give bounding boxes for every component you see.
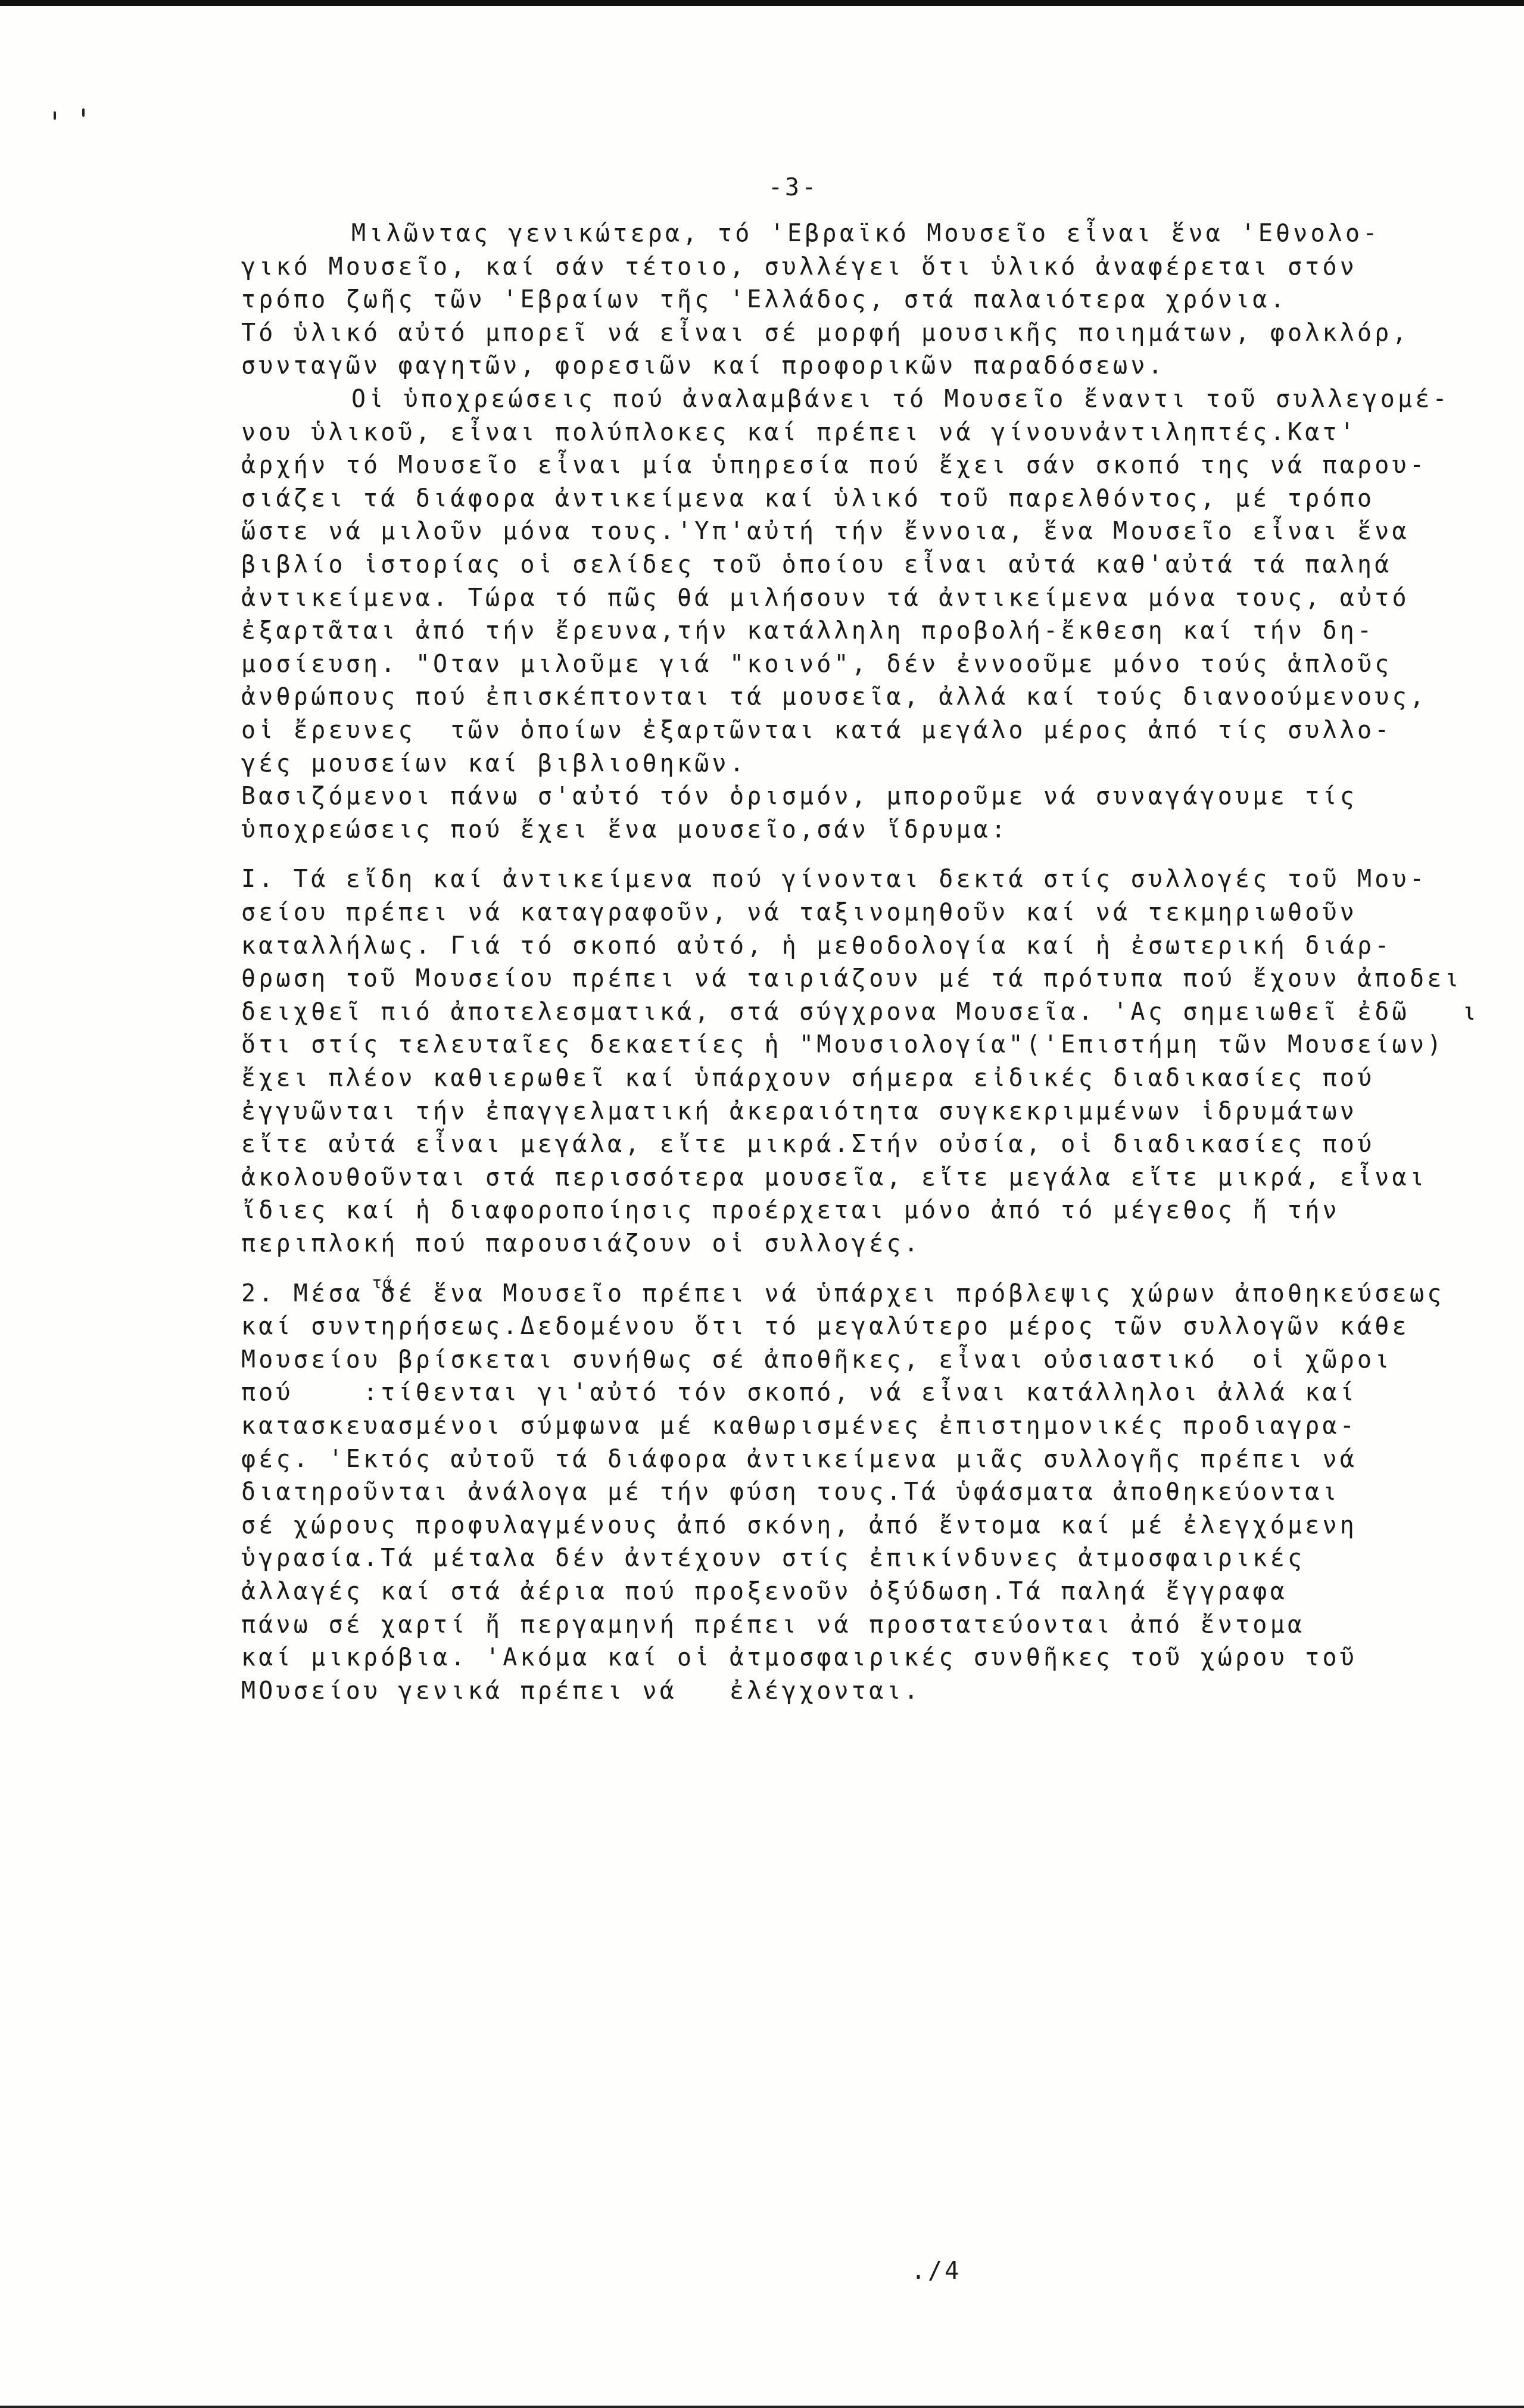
text-line: συνταγῶν φαγητῶν, φορεσιῶν καί προφορικῶ… [241, 351, 1165, 380]
text-line: πού :τίθενται γι'αὐτό τόν σκοπό, νά εἶνα… [241, 1378, 1357, 1407]
text-line: περιπλοκή πού παρουσιάζουν οἱ συλλογές. [241, 1229, 921, 1258]
interlinear-insert: τά [372, 1275, 393, 1292]
text-line: σιάζει τά διάφορα ἀντικείμενα καί ὑλικό … [241, 484, 1375, 513]
text-line: γικό Μουσεῖο, καί σάν τέτοιο, συλλέγει ὅ… [241, 253, 1357, 281]
text-line: ὑγρασία.Τά μέταλα δέν ἀντέχουν στίς ἐπικ… [241, 1544, 1305, 1572]
text-line: Μουσείου βρίσκεται συνήθως σέ ἀποθῆκες, … [241, 1345, 1392, 1374]
scan-edge-bottom [0, 2406, 1524, 2408]
text-line: πάνω σέ χαρτί ἤ περγαμηνή πρέπει νά προσ… [241, 1610, 1305, 1639]
text-line: μοσίευση. "Οταν μιλοῦμε γιά "κοινό", δέν… [241, 650, 1392, 678]
text-line: γές μουσείων καί βιβλιοθηκῶν. [241, 749, 747, 778]
text-line: σέ χώρους προφυλαγμένους ἀπό σκόνη, ἀπό … [241, 1511, 1357, 1540]
text-line: οἱ ἔρευνες τῶν ὁποίων ἐξαρτῶνται κατά με… [241, 716, 1392, 744]
typewritten-page: -3- Μιλῶντας γενικώτερα, τό 'Εβραϊκό Μου… [0, 0, 1524, 2408]
text-line: Μιλῶντας γενικώτερα, τό 'Εβραϊκό Μουσεῖο… [351, 219, 1380, 248]
text-line: ἴδιες καί ἡ διαφοροποίησις προέρχεται μό… [241, 1196, 1340, 1225]
text-line: ἐξαρτᾶται ἀπό τήν ἔρευνα,τήν κατάλληλη π… [241, 616, 1375, 645]
margin-mark [82, 108, 85, 117]
text-line: διατηροῦνται ἀνάλογα μέ τήν φύση τους.Τά… [241, 1478, 1340, 1506]
text-line: I. Τά εἴδη καί ἀντικείμενα πού γίνονται … [241, 865, 1427, 893]
text-line: κατασκευασμένοι σύμφωνα μέ καθωρισμένες … [241, 1412, 1357, 1440]
text-line: 2. Μέσα σέ ἕνα Μουσεῖο πρέπει νά ὑπάρχει… [241, 1279, 1444, 1308]
text-line: ἀλλαγές καί στά ἀέρια πού προξενοῦν ὀξύδ… [241, 1577, 1288, 1606]
text-line: φές. 'Εκτός αὐτοῦ τά διάφορα ἀντικείμενα… [241, 1445, 1357, 1474]
text-line: ΜΟυσείου γενικά πρέπει νά ἐλέγχονται. [241, 1677, 921, 1705]
text-line: ὅτι στίς τελευταῖες δεκαετίες ἡ "Μουσιολ… [241, 1030, 1444, 1059]
margin-mark [54, 111, 56, 120]
text-line: Οἱ ὑποχρεώσεις πού ἀναλαμβάνει τό Μουσεῖ… [351, 385, 1450, 413]
continuation-marker: ./4 [911, 2257, 961, 2285]
text-line: καταλλήλως. Γιά τό σκοπό αὐτό, ἡ μεθοδολ… [241, 932, 1392, 960]
text-line: καί μικρόβια. 'Ακόμα καί οἱ ἀτμοσφαιρικέ… [241, 1643, 1357, 1672]
text-line: θρωση τοῦ Μουσείου πρέπει νά ταιριάζουν … [241, 964, 1462, 993]
text-line: δειχθεῖ πιό ἀποτελεσματικά, στά σύγχρονα… [241, 998, 1479, 1026]
text-line: Βασιζόμενοι πάνω σ'αὐτό τόν ὁρισμόν, μπο… [241, 782, 1357, 811]
text-line: σείου πρέπει νά καταγραφοῦν, νά ταξινομη… [241, 898, 1357, 927]
text-line: ὑποχρεώσεις πού ἔχει ἕνα μουσεῖο,σάν ἵδρ… [241, 815, 1008, 844]
text-line: ἔχει πλέον καθιερωθεῖ καί ὑπάρχουν σήμερ… [241, 1064, 1375, 1092]
page-number: -3- [768, 174, 818, 201]
text-line: ἀκολουθοῦνται στά περισσότερα μουσεῖα, ε… [241, 1163, 1427, 1192]
text-line: καί συντηρήσεως.Δεδομένου ὅτι τό μεγαλύτ… [241, 1312, 1410, 1341]
text-line: ἀρχήν τό Μουσεῖο εἶναι μία ὑπηρεσία πού … [241, 451, 1427, 479]
text-line: ἀνθρώπους πού ἐπισκέπτονται τά μουσεῖα, … [241, 683, 1427, 711]
text-line: εἴτε αὐτά εἶναι μεγάλα, εἴτε μικρά.Στήν … [241, 1130, 1375, 1158]
text-line: Τό ὑλικό αὐτό μπορεῖ νά εἶναι σέ μορφή μ… [241, 319, 1410, 347]
text-line: τρόπο ζωῆς τῶν 'Εβραίων τῆς 'Ελλάδος, στ… [241, 285, 1288, 314]
text-line: ἐγγυῶνται τήν ἐπαγγελματική ἀκεραιότητα … [241, 1097, 1357, 1126]
text-line: βιβλίο ἱστορίας οἱ σελίδες τοῦ ὁποίου εἶ… [241, 550, 1392, 579]
text-line: ὥστε νά μιλοῦν μόνα τους.'Υπ'αὐτή τήν ἔν… [241, 517, 1410, 546]
text-line: ἀντικείμενα. Τώρα τό πῶς θά μιλήσουν τά … [241, 584, 1410, 612]
text-line: νου ὑλικοῦ, εἶναι πολύπλοκες καί πρέπει … [241, 418, 1357, 447]
